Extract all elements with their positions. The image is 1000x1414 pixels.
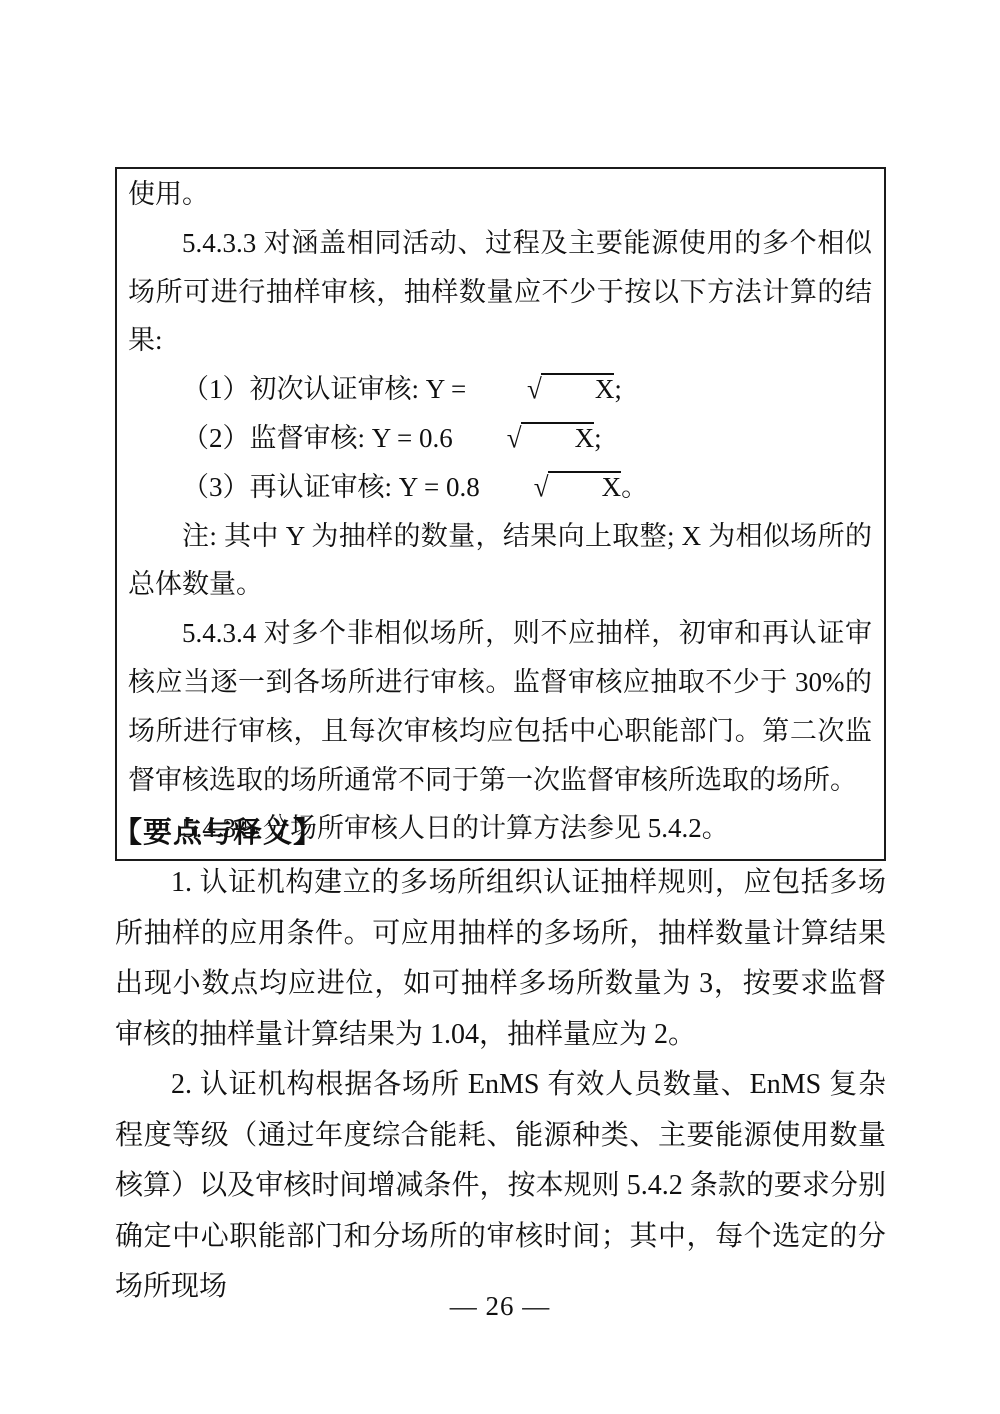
clause-continuation-text: 使用。 xyxy=(128,170,872,219)
sqrt-expression: √X xyxy=(473,374,614,404)
formula-suffix: 。 xyxy=(621,472,648,502)
sqrt-expression: √X xyxy=(480,472,621,502)
clause-5-4-3-4: 5.4.3.4 对多个非相似场所，则不应抽样，初审和再认证审核应当逐一到各场所进… xyxy=(128,609,872,804)
sqrt-radicand: X xyxy=(548,471,622,501)
sqrt-radicand: X xyxy=(521,422,595,452)
sqrt-sign-icon: √ xyxy=(453,413,522,464)
formula-suffix: ; xyxy=(614,374,622,404)
sqrt-sign-icon: √ xyxy=(480,462,549,513)
formula-surveillance-audit: （2）监督审核: Y = 0.6√X; xyxy=(128,414,872,463)
commentary-paragraph-2: 2. 认证机构根据各场所 EnMS 有效人员数量、EnMS 复杂程度等级（通过年… xyxy=(115,1060,886,1313)
clause-5-4-3-3: 5.4.3.3 对涵盖相同活动、过程及主要能源使用的多个相似场所可进行抽样审核，… xyxy=(128,219,872,365)
clause-note: 注: 其中 Y 为抽样的数量，结果向上取整; X 为相似场所的总体数量。 xyxy=(128,512,872,610)
sqrt-expression: √X xyxy=(453,423,594,453)
formula-recertification-audit: （3）再认证审核: Y = 0.8√X。 xyxy=(128,463,872,512)
sqrt-sign-icon: √ xyxy=(473,364,542,415)
formula-prefix: （1）初次认证审核: Y = xyxy=(182,374,473,404)
formula-prefix: （3）再认证审核: Y = 0.8 xyxy=(182,472,480,502)
formula-initial-certification: （1）初次认证审核: Y = √X; xyxy=(128,365,872,414)
commentary-text: 1. 认证机构建立的多场所组织认证抽样规则，应包括多场所抽样的应用条件。可应用抽… xyxy=(115,858,886,1313)
sqrt-radicand: X xyxy=(541,373,615,403)
section-heading-key-points: 【要点与释义】 xyxy=(113,810,323,851)
commentary-paragraph-1: 1. 认证机构建立的多场所组织认证抽样规则，应包括多场所抽样的应用条件。可应用抽… xyxy=(115,858,886,1060)
page-number: — 26 — xyxy=(0,1291,1000,1322)
formula-suffix: ; xyxy=(594,423,602,453)
formula-prefix: （2）监督审核: Y = 0.6 xyxy=(182,423,453,453)
document-page: 使用。 5.4.3.3 对涵盖相同活动、过程及主要能源使用的多个相似场所可进行抽… xyxy=(0,0,1000,1414)
clause-box: 使用。 5.4.3.3 对涵盖相同活动、过程及主要能源使用的多个相似场所可进行抽… xyxy=(115,167,886,861)
